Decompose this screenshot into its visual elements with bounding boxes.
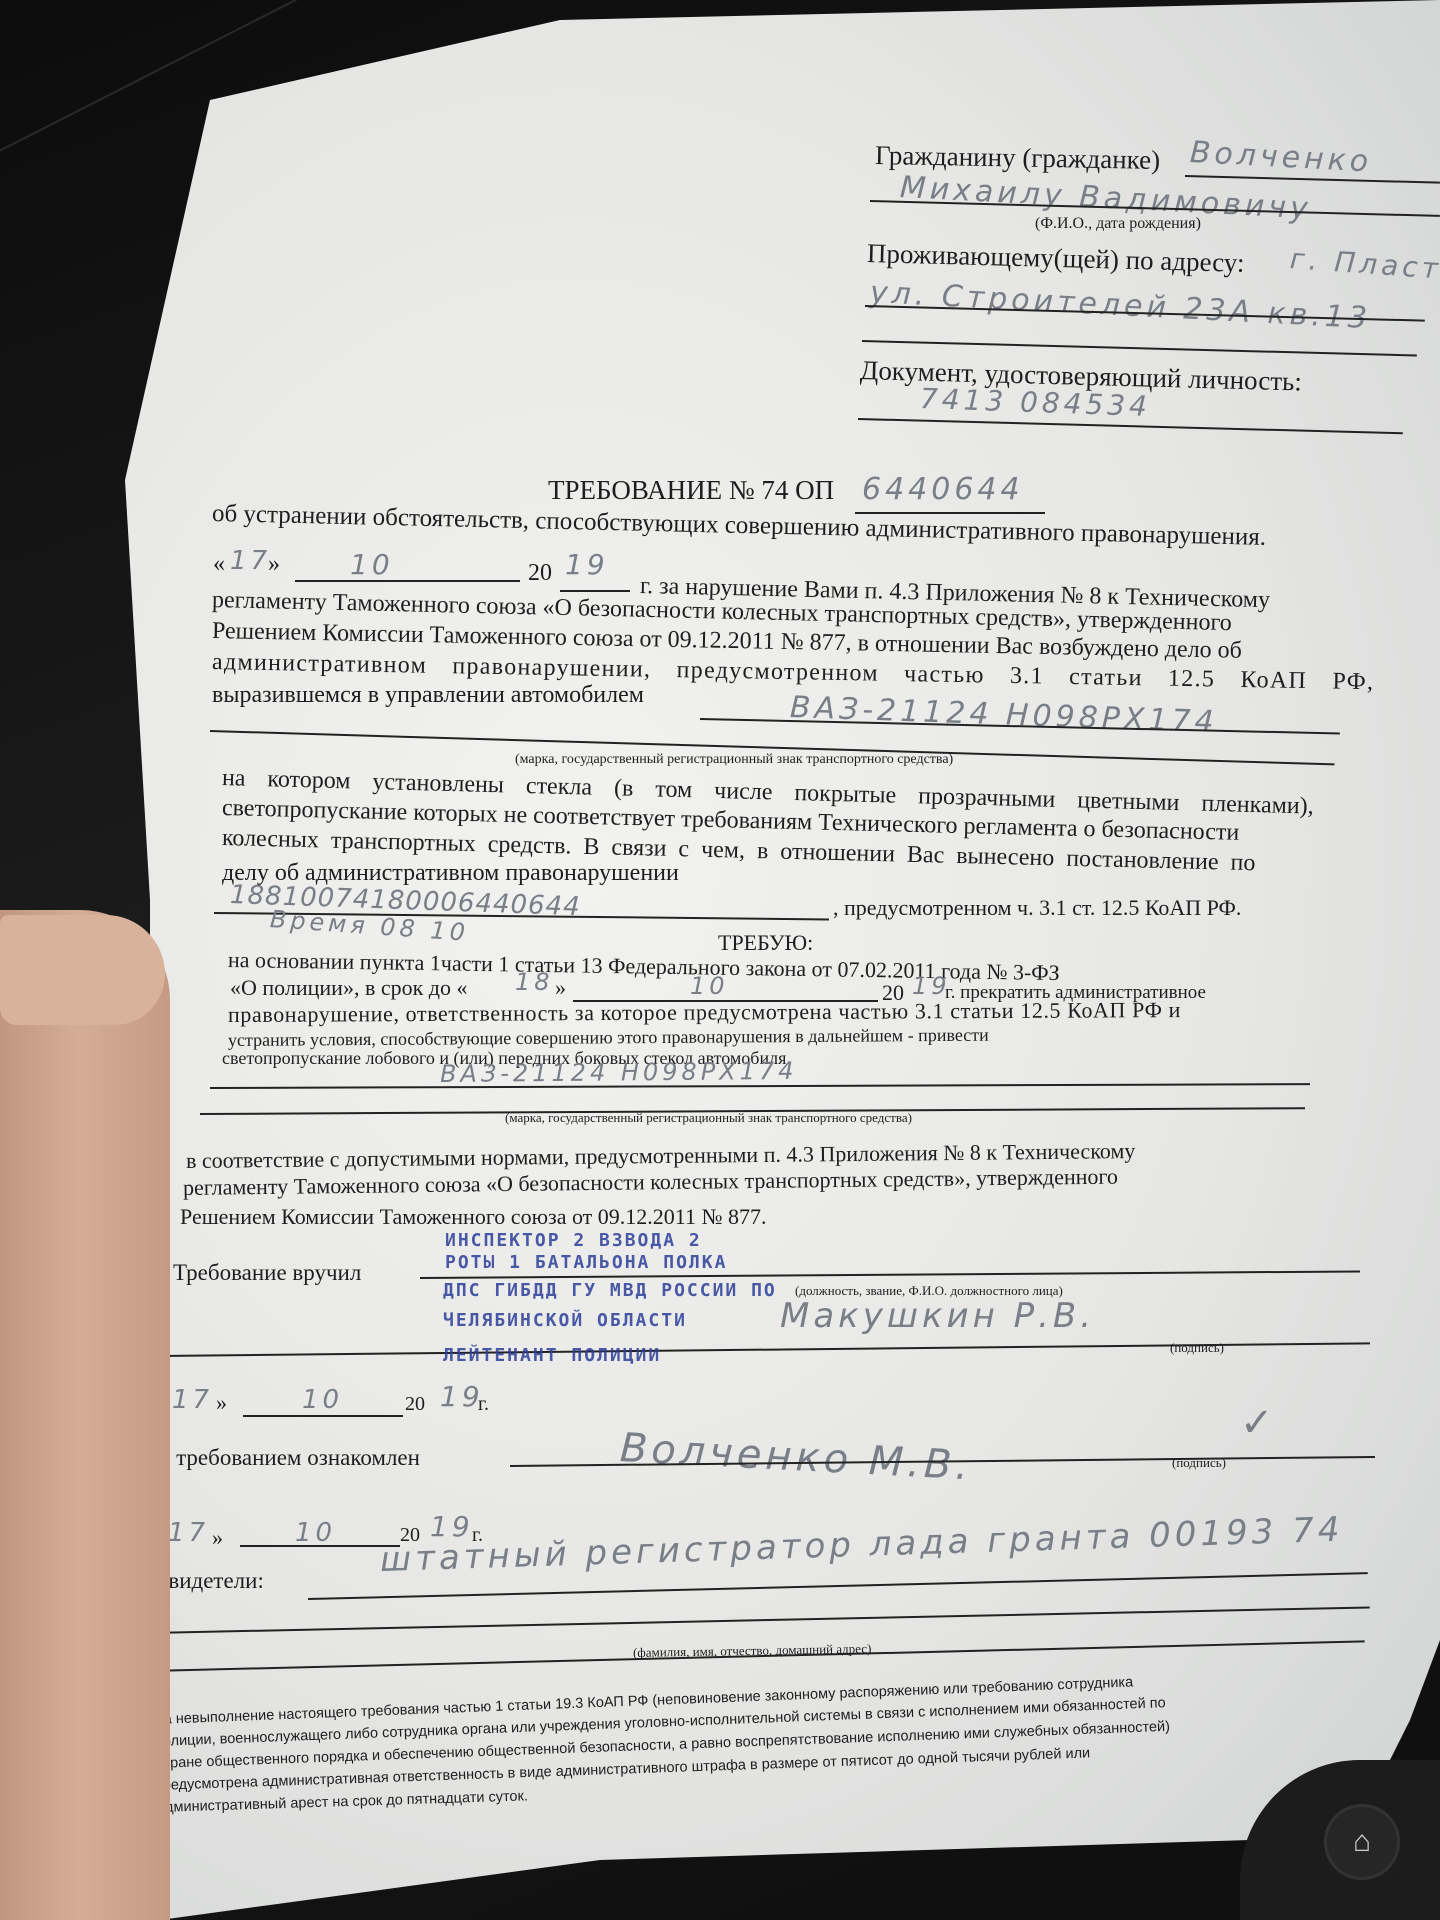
- acknowledged-signature-caption: (подпись): [1172, 1455, 1226, 1471]
- name-caption: (Ф.И.О., дата рождения): [1035, 215, 1201, 233]
- vehicle-caption-1: (марка, государственный регистрационный …: [515, 752, 953, 768]
- deadline-month: 10: [690, 972, 729, 1000]
- deadline-close-quote: »: [555, 975, 566, 1001]
- violation-year-prefix: 20: [528, 560, 552, 587]
- demand-heading: ТРЕБУЮ:: [718, 930, 813, 956]
- ack-month-line: [240, 1545, 400, 1547]
- ack-date-month: 10: [295, 1518, 336, 1548]
- thumb: [0, 915, 165, 1025]
- violation-date-year: 19: [565, 548, 609, 581]
- violation-date-open-quote: «: [213, 551, 225, 578]
- officer-signature-caption: (подпись): [1170, 1340, 1224, 1356]
- acknowledged-label: С требованием ознакомлен: [155, 1445, 420, 1471]
- issued-date-close-quote: »: [216, 1390, 227, 1416]
- ack-date-day: 17: [168, 1518, 209, 1548]
- demand-vehicle: ВАЗ-21124 Н098РХ174: [440, 1057, 798, 1088]
- violation-date-day: 17: [230, 546, 271, 576]
- stamp-line-1: ИНСПЕКТОР 2 ВЗВОДА 2: [445, 1230, 702, 1251]
- stamp-line-4: ЧЕЛЯБИНСКОЙ ОБЛАСТИ: [443, 1310, 687, 1331]
- violation-line-4: выразившемся в управлении автомобилем: [212, 682, 644, 709]
- document-number-line: [855, 512, 1045, 514]
- demand-line-8: Решением Комиссии Таможенного союза от 0…: [180, 1204, 766, 1230]
- acknowledged-sign-mark: ✓: [1240, 1400, 1278, 1446]
- stamp-line-2: РОТЫ 1 БАТАЛЬОНА ПОЛКА: [445, 1252, 727, 1273]
- issued-month-line: [243, 1415, 403, 1417]
- stamp-line-5: ЛЕЙТЕНАНТ ПОЛИЦИИ: [443, 1345, 661, 1366]
- document-title: ТРЕБОВАНИЕ № 74 ОП: [548, 475, 834, 506]
- issued-label: Требование вручил: [173, 1260, 361, 1286]
- hazard-button-icon: ⌂: [1324, 1804, 1400, 1880]
- ack-date-close-quote: »: [212, 1525, 223, 1551]
- document-number: 6440644: [862, 472, 1024, 507]
- stamp-line-3: ДПС ГИБДД ГУ МВД РОССИИ ПО: [443, 1280, 777, 1301]
- issued-date-day: 17: [172, 1385, 213, 1415]
- resolution-suffix: , предусмотренном ч. 3.1 ст. 12.5 КоАП Р…: [833, 895, 1241, 921]
- issued-g: г.: [478, 1393, 489, 1416]
- violation-date-close-quote: »: [268, 551, 280, 578]
- demand-line-2-prefix: «О полиции», в срок до «: [230, 975, 467, 1001]
- violation-year-line: [560, 590, 630, 592]
- violation-date-month: 10: [350, 548, 394, 581]
- issued-date-month: 10: [302, 1385, 343, 1415]
- issued-year-prefix: 20: [405, 1393, 425, 1416]
- violation-month-line: [295, 580, 520, 582]
- officer-signature: Макушкин Р.В.: [780, 1296, 1095, 1336]
- deadline-day: 18: [515, 968, 554, 996]
- demand-line-3: правонарушение, ответственность за котор…: [228, 997, 1181, 1028]
- holding-hand: [0, 910, 170, 1920]
- vehicle-caption-2: (марка, государственный регистрационный …: [505, 1110, 912, 1126]
